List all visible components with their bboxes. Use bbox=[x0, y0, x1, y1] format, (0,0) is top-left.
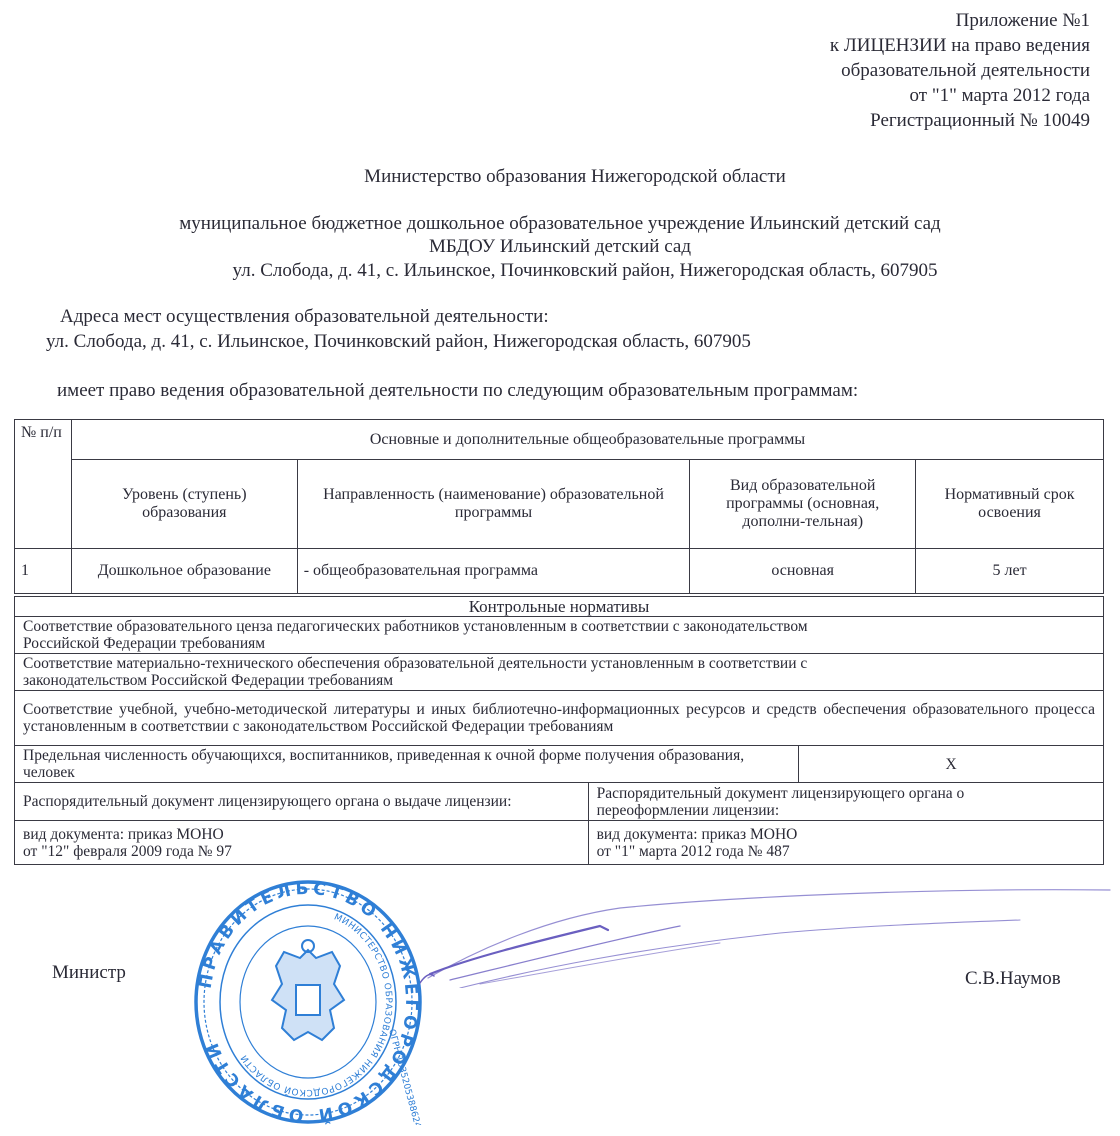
control-norm-text: Соответствие образовательного ценза педа… bbox=[23, 618, 823, 652]
max-students-label: Предельная численность обучающихся, восп… bbox=[15, 746, 799, 783]
row-level: Дошкольное образование bbox=[71, 549, 297, 594]
control-norms-title: Контрольные нормативы bbox=[15, 597, 1104, 617]
handwritten-signature bbox=[420, 888, 1120, 988]
issue-document-details: вид документа: приказ МОНО от "12" февра… bbox=[15, 821, 589, 865]
signature-icon bbox=[420, 888, 1120, 988]
activity-address: ул. Слобода, д. 41, с. Ильинское, Починк… bbox=[46, 331, 751, 353]
reissue-document-details: вид документа: приказ МОНО от "1" марта … bbox=[588, 821, 1103, 865]
appendix-number: Приложение №1 bbox=[830, 8, 1090, 33]
col-level-header: Уровень (ступень) образования bbox=[71, 460, 297, 549]
signatory-position: Министр bbox=[52, 962, 126, 984]
appendix-header: Приложение №1 к ЛИЦЕНЗИИ на право ведени… bbox=[830, 8, 1090, 133]
row-number: 1 bbox=[15, 549, 72, 594]
stamp-seal-icon: ПРАВИТЕЛЬСТВО НИЖЕГОРОДСКОЙ ОБЛАСТИ МИНИ… bbox=[193, 880, 423, 1125]
control-norms-table: Контрольные нормативы Соответствие образ… bbox=[14, 596, 1104, 865]
col-type-header: Вид образовательной программы (основная,… bbox=[690, 460, 916, 549]
col-duration-header: Нормативный срок освоения bbox=[916, 460, 1104, 549]
row-direction: - общеобразовательная программа bbox=[297, 549, 690, 594]
organization-short-name: МБДОУ Ильинский детский сад bbox=[0, 236, 1120, 258]
programs-group-header: Основные и дополнительные общеобразовате… bbox=[71, 420, 1103, 460]
issue-document-type: вид документа: приказ МОНО bbox=[23, 826, 580, 843]
row-type: основная bbox=[690, 549, 916, 594]
col-direction-header: Направленность (наименование) образовате… bbox=[297, 460, 690, 549]
max-students-value: Х bbox=[799, 746, 1104, 783]
official-stamp: ПРАВИТЕЛЬСТВО НИЖЕГОРОДСКОЙ ОБЛАСТИ МИНИ… bbox=[193, 880, 423, 1125]
appendix-license-ref: к ЛИЦЕНЗИИ на право ведения bbox=[830, 33, 1090, 58]
reissue-document-date-number: от "1" марта 2012 года № 487 bbox=[597, 843, 1095, 860]
control-norm-item: Соответствие учебной, учебно-методическо… bbox=[15, 691, 1104, 746]
activity-addresses-label: Адреса мест осуществления образовательно… bbox=[60, 306, 549, 328]
appendix-license-subject: образовательной деятельности bbox=[830, 58, 1090, 83]
issuing-ministry: Министерство образования Нижегородской о… bbox=[15, 166, 1120, 188]
appendix-date: от "1" марта 2012 года bbox=[830, 83, 1090, 108]
organization-address: ул. Слобода, д. 41, с. Ильинское, Починк… bbox=[25, 260, 1120, 282]
issue-document-date-number: от "12" февраля 2009 года № 97 bbox=[23, 843, 580, 860]
rights-statement: имеет право ведения образовательной деят… bbox=[57, 380, 858, 402]
control-norm-item: Соответствие материально-технического об… bbox=[15, 654, 1104, 691]
table-row: 1 Дошкольное образование - общеобразоват… bbox=[15, 549, 1104, 594]
reissue-document-type: вид документа: приказ МОНО bbox=[597, 826, 1095, 843]
organization-full-name: муниципальное бюджетное дошкольное образ… bbox=[0, 213, 1120, 235]
control-norm-item: Соответствие образовательного ценза педа… bbox=[15, 617, 1104, 654]
col-number-header: № п/п bbox=[15, 420, 72, 549]
reissue-document-label: Распорядительный документ лицензирующего… bbox=[588, 783, 1103, 821]
row-duration: 5 лет bbox=[916, 549, 1104, 594]
programs-table: № п/п Основные и дополнительные общеобра… bbox=[14, 419, 1104, 594]
issue-document-label: Распорядительный документ лицензирующего… bbox=[15, 783, 589, 821]
control-norm-text: Соответствие материально-технического об… bbox=[23, 655, 853, 689]
registration-number: Регистрационный № 10049 bbox=[830, 108, 1090, 133]
